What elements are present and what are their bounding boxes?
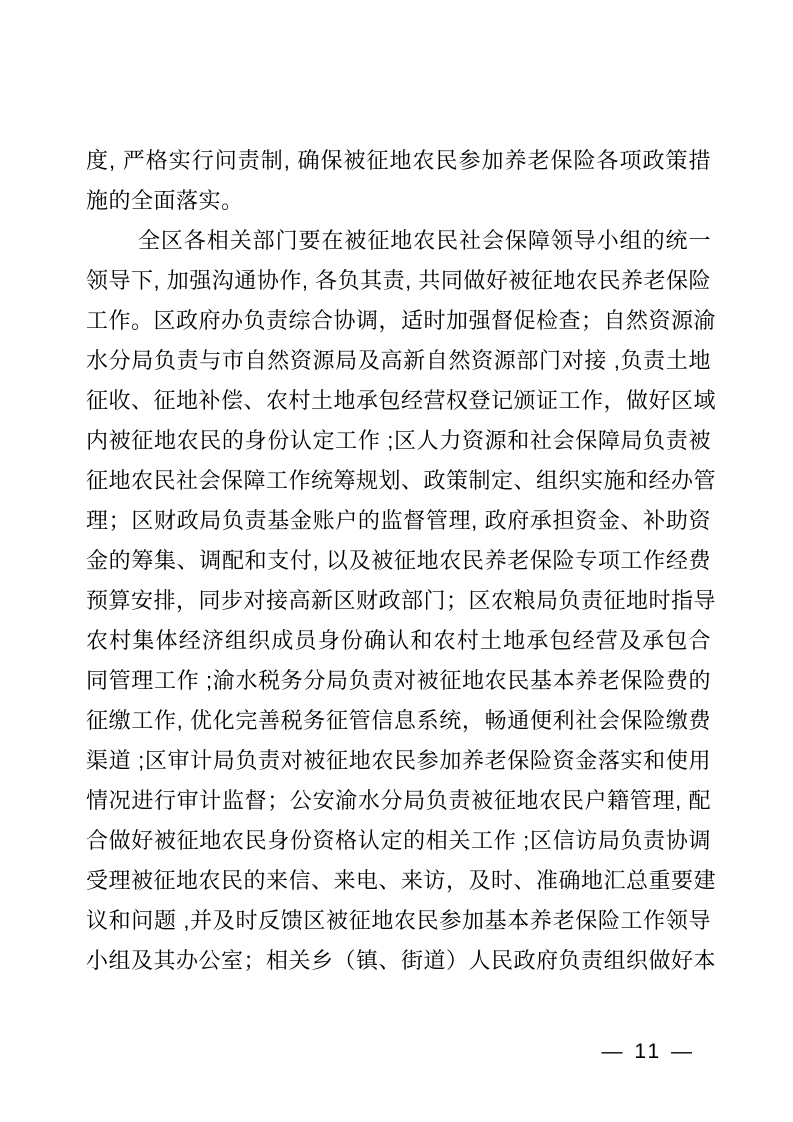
text-line: 征地农民社会保障工作统筹规划、政策制定、组织实施和经办管 bbox=[86, 461, 711, 501]
text-line: 议和问题 ,并及时反馈区被征地农民参加基本养老保险工作领导 bbox=[86, 901, 711, 941]
text-line: 征缴工作, 优化完善税务征管信息系统，畅通便利社会保险缴费 bbox=[86, 701, 711, 741]
document-page: 度, 严格实行问责制, 确保被征地农民参加养老保险各项政策措施的全面落实。全区各… bbox=[0, 0, 793, 1122]
body-text-block: 度, 严格实行问责制, 确保被征地农民参加养老保险各项政策措施的全面落实。全区各… bbox=[86, 141, 711, 981]
text-line: 理；区财政局负责基金账户的监督管理, 政府承担资金、补助资 bbox=[86, 501, 711, 541]
text-line: 合做好被征地农民身份资格认定的相关工作 ;区信访局负责协调 bbox=[86, 821, 711, 861]
text-line: 领导下, 加强沟通协作, 各负其责, 共同做好被征地农民养老保险 bbox=[86, 261, 711, 301]
text-line: 施的全面落实。 bbox=[86, 181, 711, 221]
text-line: 度, 严格实行问责制, 确保被征地农民参加养老保险各项政策措 bbox=[86, 141, 711, 181]
text-line: 水分局负责与市自然资源局及高新自然资源部门对接 ,负责土地 bbox=[86, 341, 711, 381]
text-line: 全区各相关部门要在被征地农民社会保障领导小组的统一 bbox=[86, 221, 711, 261]
text-line: 小组及其办公室；相关乡（镇、街道）人民政府负责组织做好本 bbox=[86, 941, 711, 981]
text-line: 内被征地农民的身份认定工作 ;区人力资源和社会保障局负责被 bbox=[86, 421, 711, 461]
text-line: 工作。区政府办负责综合协调，适时加强督促检查；自然资源渝 bbox=[86, 301, 711, 341]
text-line: 金的筹集、调配和支付, 以及被征地农民养老保险专项工作经费 bbox=[86, 541, 711, 581]
text-line: 渠道 ;区审计局负责对被征地农民参加养老保险资金落实和使用 bbox=[86, 741, 711, 781]
text-line: 受理被征地农民的来信、来电、来访，及时、准确地汇总重要建 bbox=[86, 861, 711, 901]
text-line: 情况进行审计监督；公安渝水分局负责被征地农民户籍管理, 配 bbox=[86, 781, 711, 821]
text-line: 征收、征地补偿、农村土地承包经营权登记颁证工作，做好区域 bbox=[86, 381, 711, 421]
text-line: 预算安排，同步对接高新区财政部门；区农粮局负责征地时指导 bbox=[86, 581, 711, 621]
page-number: — 11 — bbox=[602, 1038, 695, 1066]
text-line: 农村集体经济组织成员身份确认和农村土地承包经营及承包合 bbox=[86, 621, 711, 661]
text-line: 同管理工作 ;渝水税务分局负责对被征地农民基本养老保险费的 bbox=[86, 661, 711, 701]
